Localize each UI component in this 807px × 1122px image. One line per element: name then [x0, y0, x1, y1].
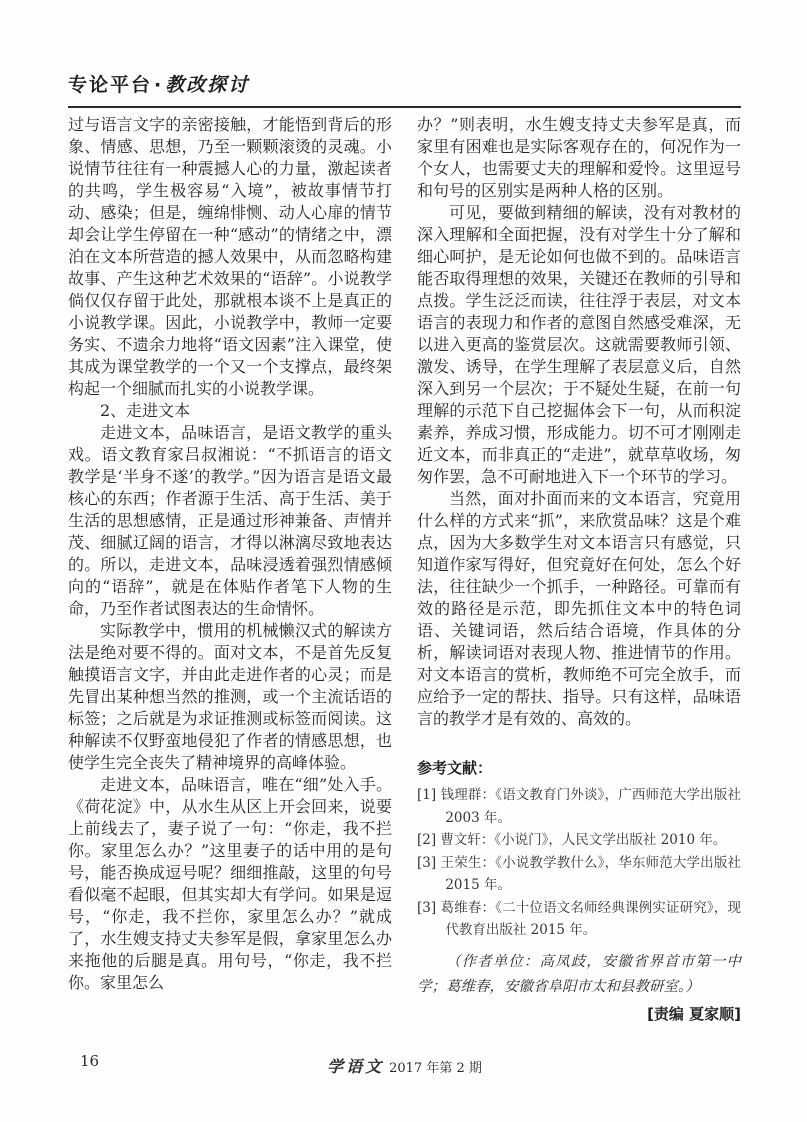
- journal-footer-line: 学语文2017 年第 2 期: [68, 1054, 741, 1077]
- scanned-journal-page: 专论平台·教改探讨 过与语言文字的亲密接触，才能悟到背后的形象、情感、思想，乃至…: [0, 0, 807, 1122]
- reference-item: [3] 王荣生：《小说教学教什么》，华东师范大学出版社 2015 年。: [417, 852, 741, 897]
- right-column: 办？”则表明，水生嫂支持丈夫参军是真，而家里有困难也是实际客观存在的，何况作为一…: [417, 114, 741, 1024]
- two-column-body: 过与语言文字的亲密接触，才能悟到背后的形象、情感、思想，乃至一颗颗滚烫的灵魂。小…: [68, 114, 741, 1024]
- section-label-left: 专论平台: [68, 74, 152, 96]
- body-paragraph: 过与语言文字的亲密接触，才能悟到背后的形象、情感、思想，乃至一颗颗滚烫的灵魂。小…: [68, 114, 392, 400]
- issue-info: 2017 年第 2 期: [389, 1061, 482, 1076]
- body-paragraph: 当然，面对扑面而来的文本语言，究竟用什么样的方式来“抓”，来欣赏品味？这是个难点…: [417, 488, 741, 730]
- reference-item: [1] 钱理群：《语文教育门外谈》，广西师范大学出版社 2003 年。: [417, 784, 741, 829]
- author-affiliation-note: （作者单位：高凤歧，安徽省界首市第一中学；葛维春，安徽省阜阳市太和县教研室。）: [417, 950, 741, 1000]
- body-paragraph: 办？”则表明，水生嫂支持丈夫参军是真，而家里有困难也是实际客观存在的，何况作为一…: [417, 114, 741, 202]
- journal-name: 学语文: [327, 1057, 384, 1076]
- section-heading: 2、走进文本: [68, 400, 392, 422]
- body-paragraph: 可见，要做到精细的解读，没有对教材的深入理解和全面把握，没有对学生十分了解和细心…: [417, 202, 741, 488]
- page-footer: 16 学语文2017 年第 2 期: [68, 1052, 741, 1076]
- body-paragraph: 走进文本，品味语言，唯在“细”处入手。《荷花淀》中，从水生从区上开会回来，说要上…: [68, 774, 392, 994]
- references-title: 参考文献：: [417, 756, 741, 780]
- editor-note: [责编 夏家顺]: [417, 1003, 741, 1024]
- section-separator: ·: [152, 74, 165, 96]
- reference-item: [3] 葛维春：《二十位语文名师经典课例实证研究》，现代教育出版社 2015 年…: [417, 897, 741, 942]
- reference-item: [2] 曹文轩：《小说门》，人民文学出版社 2010 年。: [417, 829, 741, 852]
- left-column: 过与语言文字的亲密接触，才能悟到背后的形象、情感、思想，乃至一颗颗滚烫的灵魂。小…: [68, 114, 392, 1024]
- references-section: 参考文献： [1] 钱理群：《语文教育门外谈》，广西师范大学出版社 2003 年…: [417, 756, 741, 942]
- section-label-right: 教改探讨: [165, 74, 249, 96]
- page-content: 专论平台·教改探讨 过与语言文字的亲密接触，才能悟到背后的形象、情感、思想，乃至…: [68, 70, 741, 1024]
- body-paragraph: 实际教学中，惯用的机械懒汉式的解读方法是绝对要不得的。面对文本，不是首先反复触摸…: [68, 620, 392, 774]
- column-section-header: 专论平台·教改探讨: [68, 70, 741, 108]
- body-paragraph: 走进文本，品味语言，是语文教学的重头戏。语文教育家吕叔湘说：“不抓语言的语文教学…: [68, 422, 392, 620]
